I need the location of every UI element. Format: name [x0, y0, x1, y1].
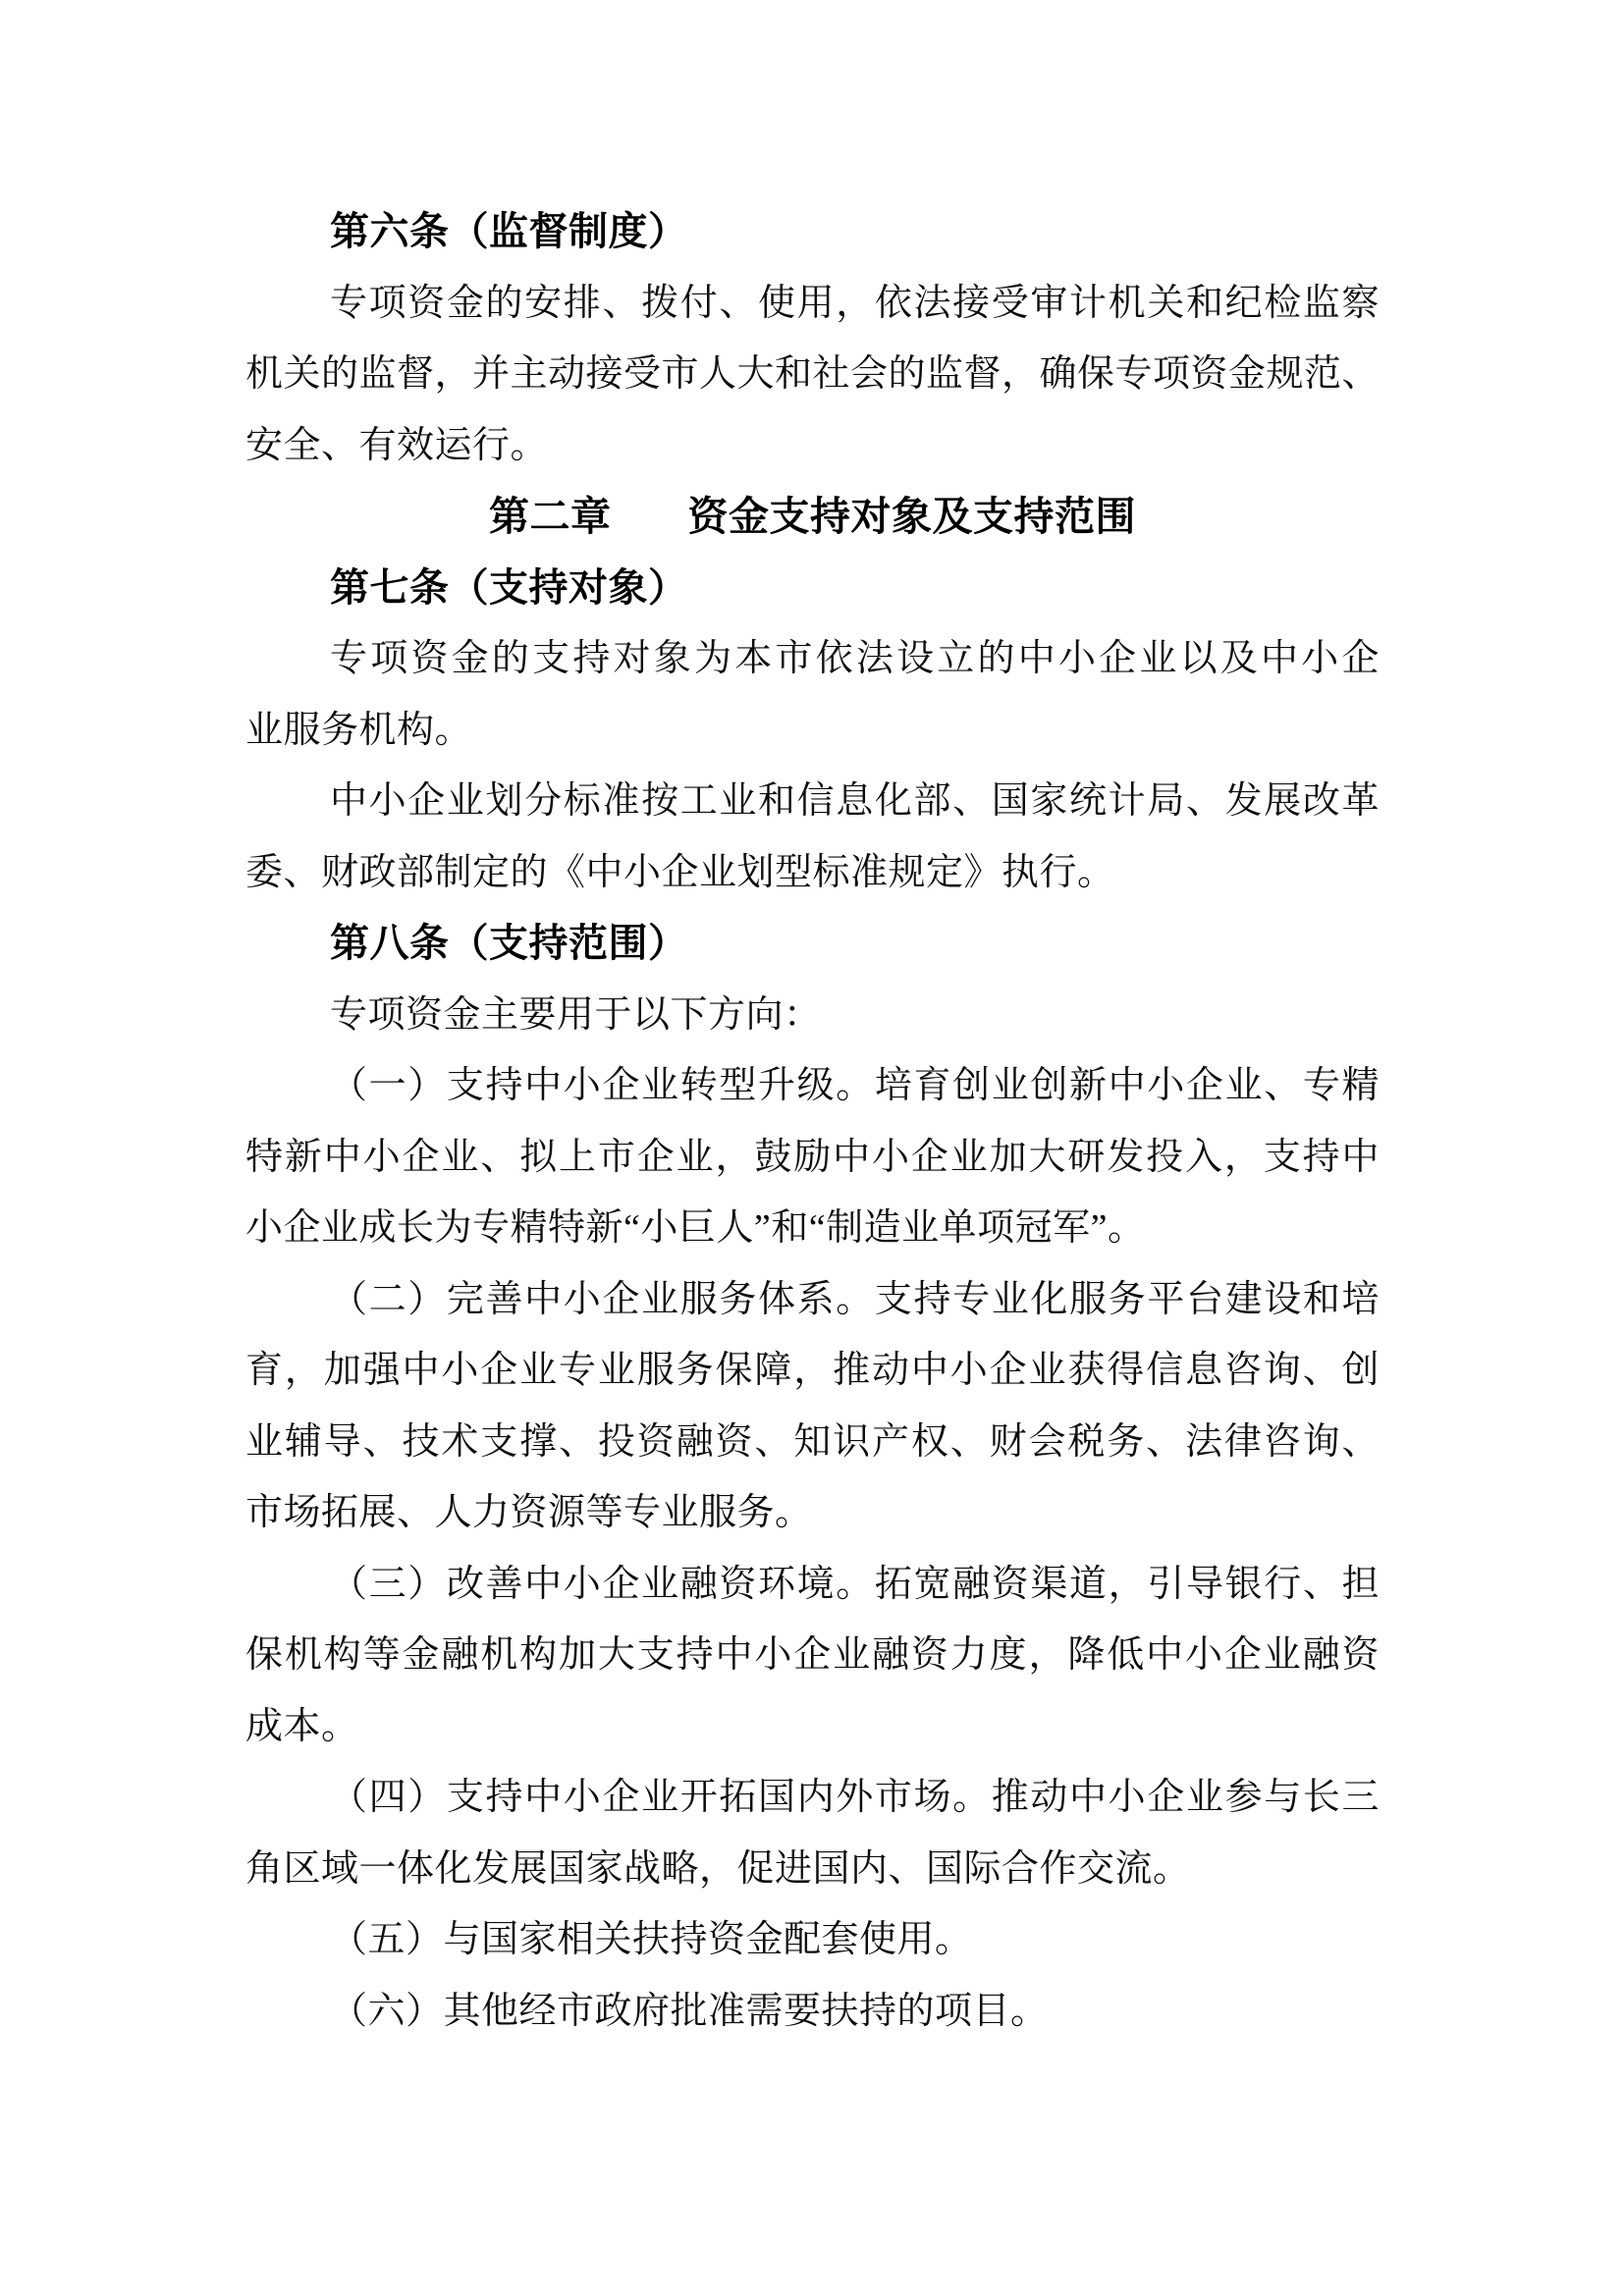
text-line: 保机构等金融机构加大支持中小企业融资力度，降低中小企业融资: [245, 1620, 1380, 1691]
text-line: （四）支持中小企业开拓国内外市场。推动中小企业参与长三: [245, 1762, 1380, 1834]
text-line: 专项资金主要用于以下方向：: [245, 980, 1380, 1051]
text-line: 专项资金的安排、拨付、使用，依法接受审计机关和纪检监察: [245, 268, 1380, 340]
chapter-2-heading: 第二章资金支持对象及支持范围: [245, 481, 1380, 553]
text-line: 中小企业划分标准按工业和信息化部、国家统计局、发展改革: [245, 766, 1380, 837]
text-line: 机关的监督，并主动接受市人大和社会的监督，确保专项资金规范、: [245, 339, 1380, 410]
text-line: （一）支持中小企业转型升级。培育创业创新中小企业、专精: [245, 1050, 1380, 1122]
text-line: 业服务机构。: [245, 695, 1380, 767]
text-line: 成本。: [245, 1691, 1380, 1763]
text-line: 委、财政部制定的《中小企业划型标准规定》执行。: [245, 837, 1380, 909]
text-line: （五）与国家相关扶持资金配套使用。: [245, 1904, 1380, 1976]
text-line: 小企业成长为专精特新“小巨人”和“制造业单项冠军”。: [245, 1193, 1380, 1264]
text-line: 专项资金的支持对象为本市依法设立的中小企业以及中小企: [245, 623, 1380, 695]
text-line: 市场拓展、人力资源等专业服务。: [245, 1477, 1380, 1549]
text-line: 育，加强中小企业专业服务保障，推动中小企业获得信息咨询、创: [245, 1335, 1380, 1407]
document-page: 第六条（监督制度） 专项资金的安排、拨付、使用，依法接受审计机关和纪检监察 机关…: [0, 0, 1624, 2296]
text-line: 安全、有效运行。: [245, 410, 1380, 482]
text-line: 特新中小企业、拟上市企业，鼓励中小企业加大研发投入，支持中: [245, 1122, 1380, 1194]
chapter-number: 第二章: [489, 494, 612, 539]
document-body: 第六条（监督制度） 专项资金的安排、拨付、使用，依法接受审计机关和纪检监察 机关…: [245, 196, 1380, 2047]
article-6-heading: 第六条（监督制度）: [245, 196, 1380, 268]
chapter-title: 资金支持对象及支持范围: [688, 494, 1137, 539]
article-8-heading: 第八条（支持范围）: [245, 908, 1380, 980]
text-line: （二）完善中小企业服务体系。支持专业化服务平台建设和培: [245, 1264, 1380, 1336]
text-line: 角区域一体化发展国家战略，促进国内、国际合作交流。: [245, 1834, 1380, 1905]
text-line: （三）改善中小企业融资环境。拓宽融资渠道，引导银行、担: [245, 1549, 1380, 1621]
text-line: 业辅导、技术支撑、投资融资、知识产权、财会税务、法律咨询、: [245, 1407, 1380, 1478]
text-line: （六）其他经市政府批准需要扶持的项目。: [245, 1976, 1380, 2048]
article-7-heading: 第七条（支持对象）: [245, 553, 1380, 624]
